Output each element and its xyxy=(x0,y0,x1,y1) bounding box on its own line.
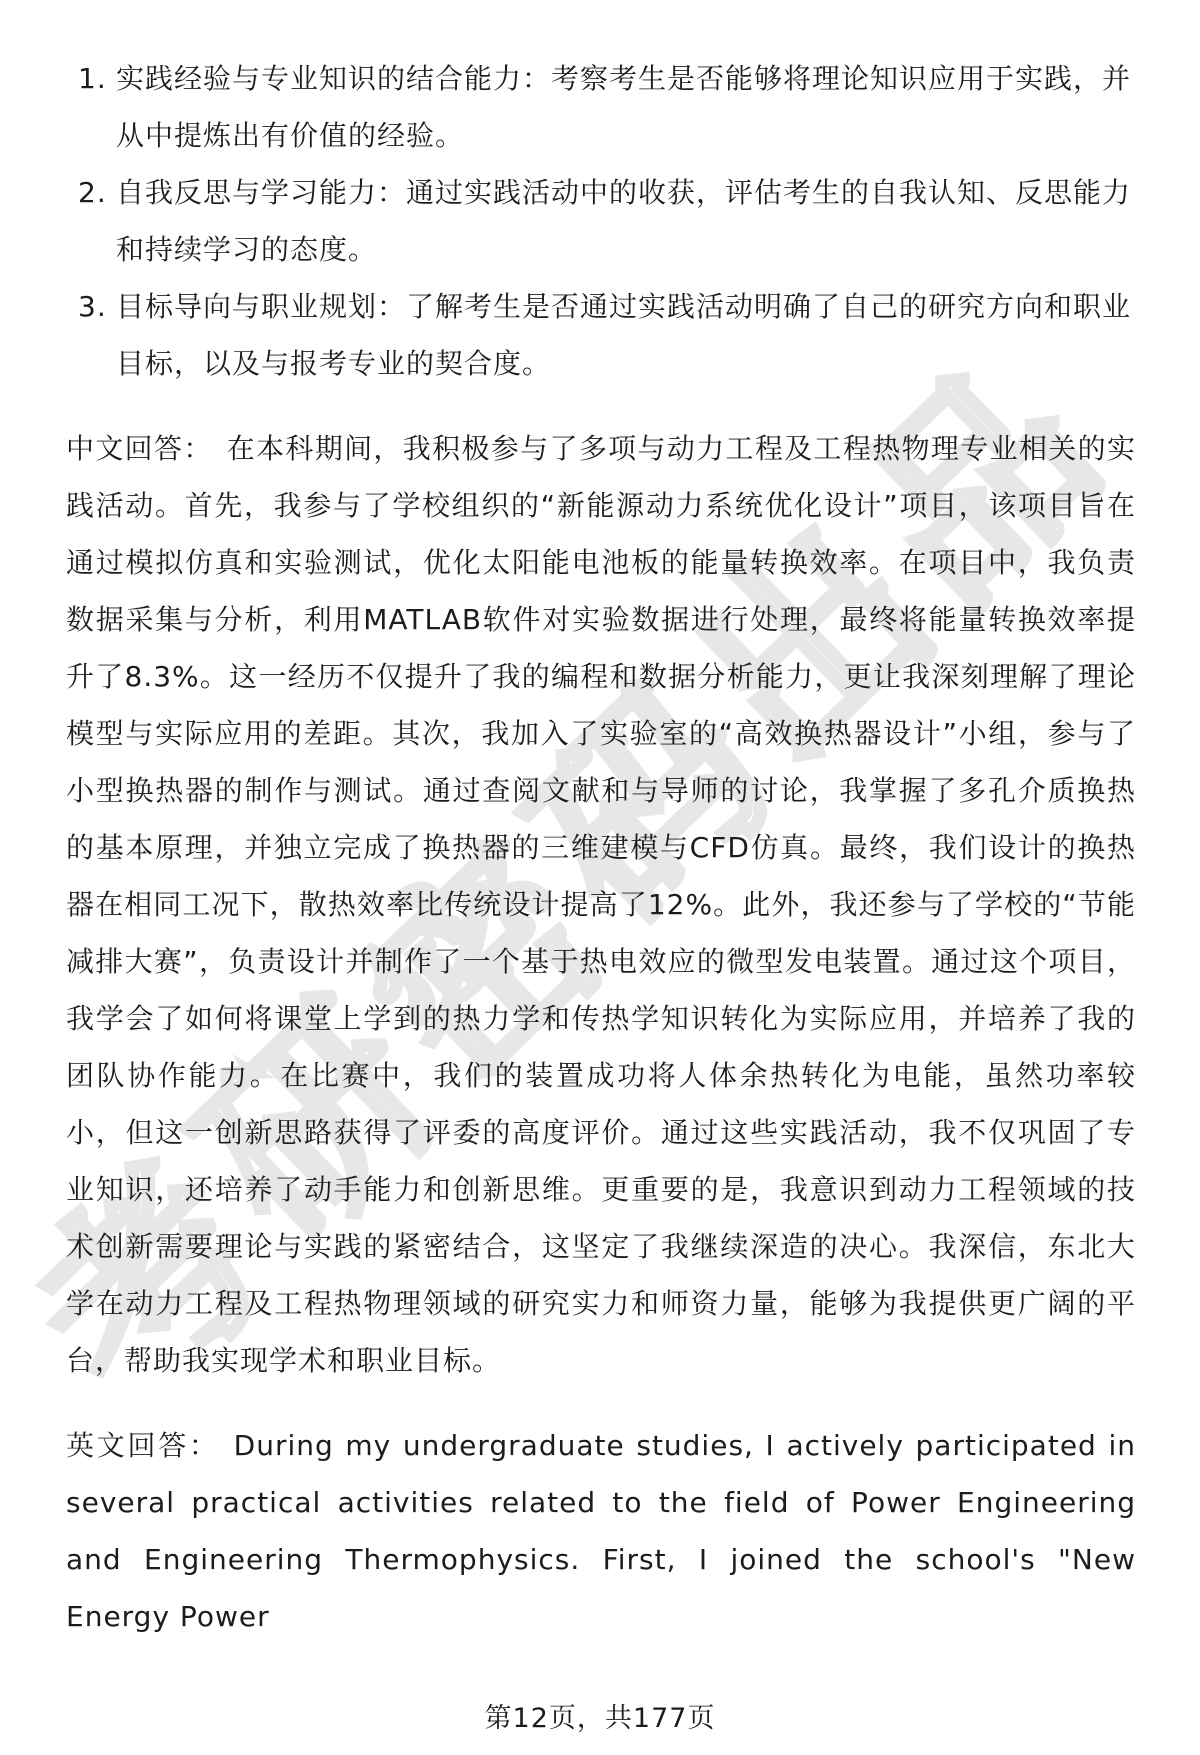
list-item: 1. 实践经验与专业知识的结合能力：考察考生是否能够将理论知识应用于实践，并从中… xyxy=(116,50,1136,164)
list-item-text: 目标导向与职业规划：了解考生是否通过实践活动明确了自己的研究方向和职业目标，以及… xyxy=(116,290,1131,380)
list-item-text: 自我反思与学习能力：通过实践活动中的收获，评估考生的自我认知、反思能力和持续学习… xyxy=(116,176,1131,266)
chinese-answer-paragraph: 中文回答：在本科期间，我积极参与了多项与动力工程及工程热物理专业相关的实践活动。… xyxy=(66,420,1136,1389)
list-item-number: 1. xyxy=(78,50,107,107)
list-item: 3. 目标导向与职业规划：了解考生是否通过实践活动明确了自己的研究方向和职业目标… xyxy=(116,278,1136,392)
list-item: 2. 自我反思与学习能力：通过实践活动中的收获，评估考生的自我认知、反思能力和持… xyxy=(116,164,1136,278)
list-item-number: 2. xyxy=(78,164,107,221)
english-answer-paragraph: 英文回答：During my undergraduate studies, I … xyxy=(66,1417,1136,1645)
chinese-answer-label: 中文回答： xyxy=(66,432,213,465)
english-answer-text: During my undergraduate studies, I activ… xyxy=(66,1429,1136,1633)
criteria-list: 1. 实践经验与专业知识的结合能力：考察考生是否能够将理论知识应用于实践，并从中… xyxy=(66,50,1136,392)
page-number-text: 第12页，共177页 xyxy=(485,1703,716,1734)
chinese-answer-text: 在本科期间，我积极参与了多项与动力工程及工程热物理专业相关的实践活动。首先，我参… xyxy=(66,432,1136,1377)
list-item-text: 实践经验与专业知识的结合能力：考察考生是否能够将理论知识应用于实践，并从中提炼出… xyxy=(116,62,1131,152)
list-item-number: 3. xyxy=(78,278,107,335)
document-page: 考研密码出品 1. 实践经验与专业知识的结合能力：考察考生是否能够将理论知识应用… xyxy=(0,0,1200,1755)
page-content: 1. 实践经验与专业知识的结合能力：考察考生是否能够将理论知识应用于实践，并从中… xyxy=(0,0,1200,1645)
english-answer-label: 英文回答： xyxy=(66,1429,220,1462)
page-footer: 第12页，共177页 xyxy=(0,1696,1200,1735)
